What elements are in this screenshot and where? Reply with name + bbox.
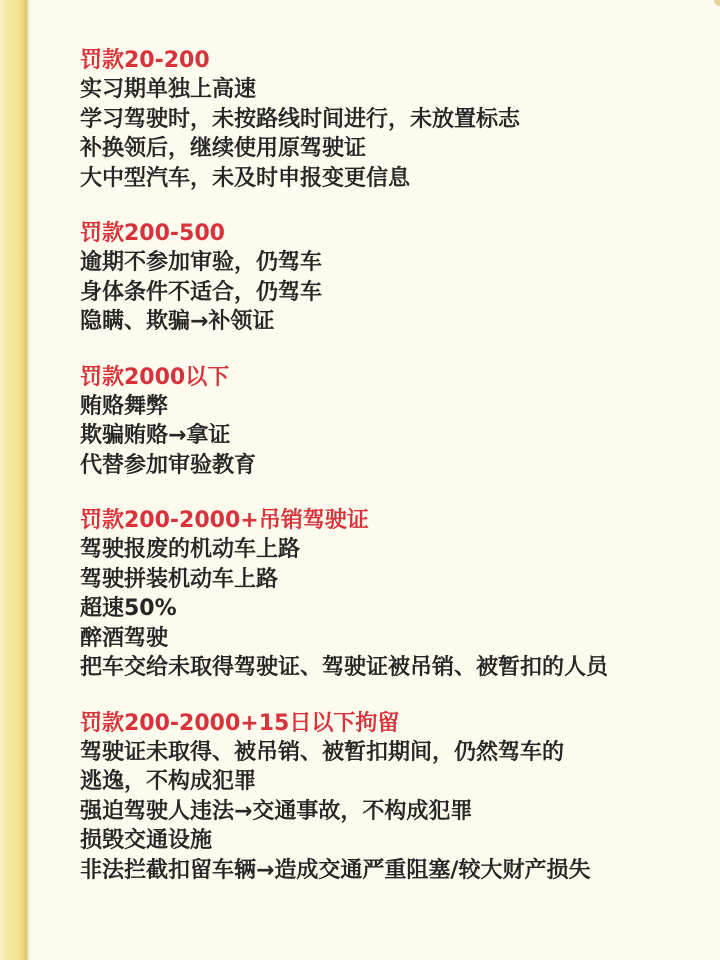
list-item: 代替参加审验教育 [80, 451, 710, 481]
list-item: 逾期不参加审验，仍驾车 [80, 248, 710, 278]
list-item: 非法拦截扣留车辆→造成交通严重阻塞/较大财产损失 [80, 856, 710, 886]
list-item: 驾驶报废的机动车上路 [80, 535, 710, 565]
list-item: 超速50% [80, 594, 710, 624]
section-fine-200-500: 罚款200-500 逾期不参加审验，仍驾车 身体条件不适合，仍驾车 隐瞒、欺骗→… [80, 219, 710, 337]
list-item: 补换领后，继续使用原驾驶证 [80, 134, 710, 164]
list-item: 把车交给未取得驾驶证、驾驶证被吊销、被暂扣的人员 [80, 653, 710, 683]
section-heading: 罚款20-200 [80, 46, 710, 75]
list-item: 强迫驾驶人违法→交通事故，不构成犯罪 [80, 797, 710, 827]
list-item: 逃逸，不构成犯罪 [80, 767, 710, 797]
list-item: 贿赂舞弊 [80, 392, 710, 422]
section-heading: 罚款200-2000+吊销驾驶证 [80, 506, 710, 535]
section-fine-200-2000-license-revoked: 罚款200-2000+吊销驾驶证 驾驶报废的机动车上路 驾驶拼装机动车上路 超速… [80, 506, 710, 683]
section-heading: 罚款200-2000+15日以下拘留 [80, 709, 710, 738]
list-item: 损毁交通设施 [80, 826, 710, 856]
section-heading: 罚款200-500 [80, 219, 710, 248]
list-item: 醉酒驾驶 [80, 624, 710, 654]
section-fine-under-2000: 罚款2000以下 贿赂舞弊 欺骗贿赂→拿证 代替参加审验教育 [80, 363, 710, 481]
list-item: 实习期单独上高速 [80, 75, 710, 105]
section-fine-200-2000-detention: 罚款200-2000+15日以下拘留 驾驶证未取得、被吊销、被暂扣期间，仍然驾车… [80, 709, 710, 886]
list-item: 大中型汽车，未及时申报变更信息 [80, 164, 710, 194]
list-item: 学习驾驶时，未按路线时间进行，未放置标志 [80, 105, 710, 135]
notebook-binding-strip [0, 0, 28, 960]
penalty-notes-page: 罚款20-200 实习期单独上高速 学习驾驶时，未按路线时间进行，未放置标志 补… [80, 46, 710, 911]
section-fine-20-200: 罚款20-200 实习期单独上高速 学习驾驶时，未按路线时间进行，未放置标志 补… [80, 46, 710, 193]
list-item: 驾驶拼装机动车上路 [80, 565, 710, 595]
list-item: 欺骗贿赂→拿证 [80, 421, 710, 451]
page-corner-mark [714, 0, 720, 6]
section-heading: 罚款2000以下 [80, 363, 710, 392]
list-item: 身体条件不适合，仍驾车 [80, 278, 710, 308]
list-item: 驾驶证未取得、被吊销、被暂扣期间，仍然驾车的 [80, 738, 710, 768]
list-item: 隐瞒、欺骗→补领证 [80, 307, 710, 337]
